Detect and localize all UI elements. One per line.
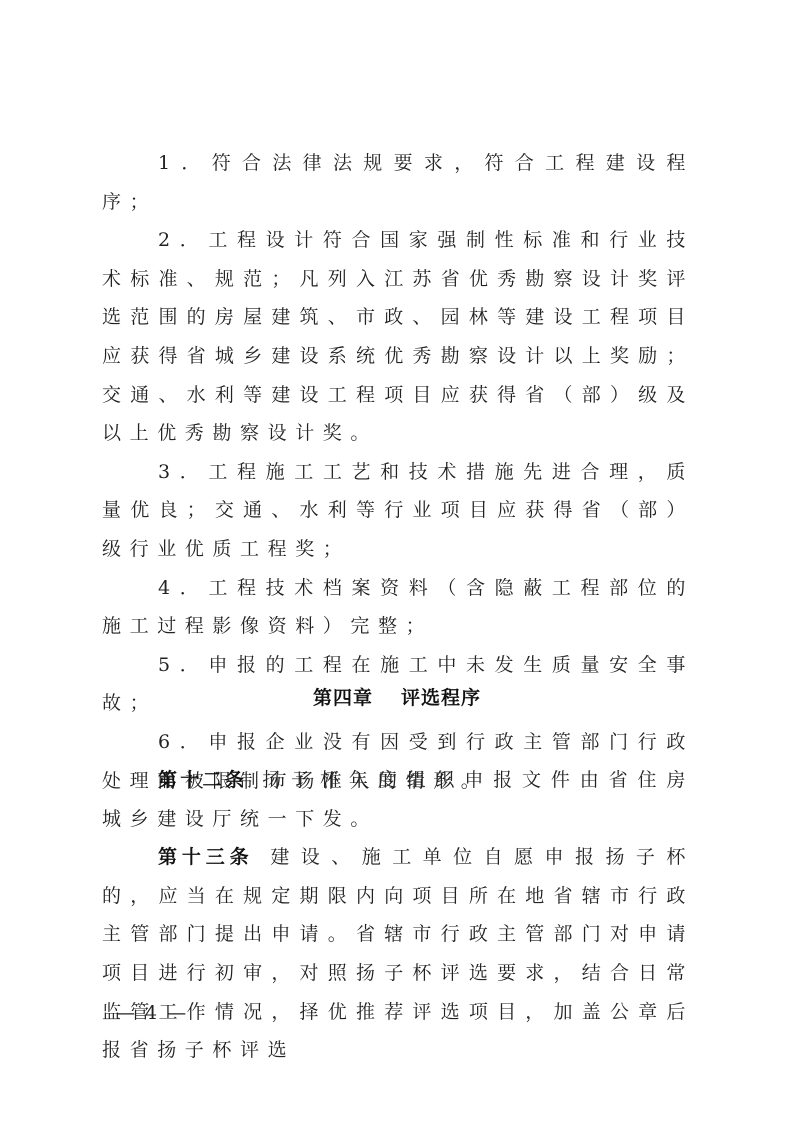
page-number: — 4 — — [116, 1002, 188, 1024]
requirement-item: 2．工程设计符合国家强制性标准和行业技术标准、规范；凡列入江苏省优秀勘察设计奖评… — [102, 221, 694, 453]
articles-section: 第十二条扬子杯年度组织申报文件由省住房城乡建设厅统一下发。 第十三条建设、施工单… — [102, 761, 694, 1070]
document-page: 1．符合法律法规要求，符合工程建设程序； 2．工程设计符合国家强制性标准和行业技… — [0, 0, 794, 1123]
article-12: 第十二条扬子杯年度组织申报文件由省住房城乡建设厅统一下发。 — [102, 761, 694, 838]
article-13: 第十三条建设、施工单位自愿申报扬子杯的，应当在规定期限内向项目所在地省辖市行政主… — [102, 838, 694, 1070]
requirement-item: 1．符合法律法规要求，符合工程建设程序； — [102, 144, 694, 221]
article-heading: 第十三条 — [158, 846, 253, 868]
chapter-heading: 第四章评选程序 — [0, 679, 794, 717]
article-text: 建设、施工单位自愿申报扬子杯的，应当在规定期限内向项目所在地省辖市行政主管部门提… — [102, 846, 694, 1061]
article-heading: 第十二条 — [158, 769, 247, 791]
chapter-title: 评选程序 — [401, 687, 481, 709]
requirement-item: 3．工程施工工艺和技术措施先进合理，质量优良；交通、水利等行业项目应获得省（部）… — [102, 453, 694, 569]
requirement-item: 4．工程技术档案资料（含隐蔽工程部位的施工过程影像资料）完整； — [102, 569, 694, 646]
chapter-number: 第四章 — [313, 687, 373, 709]
